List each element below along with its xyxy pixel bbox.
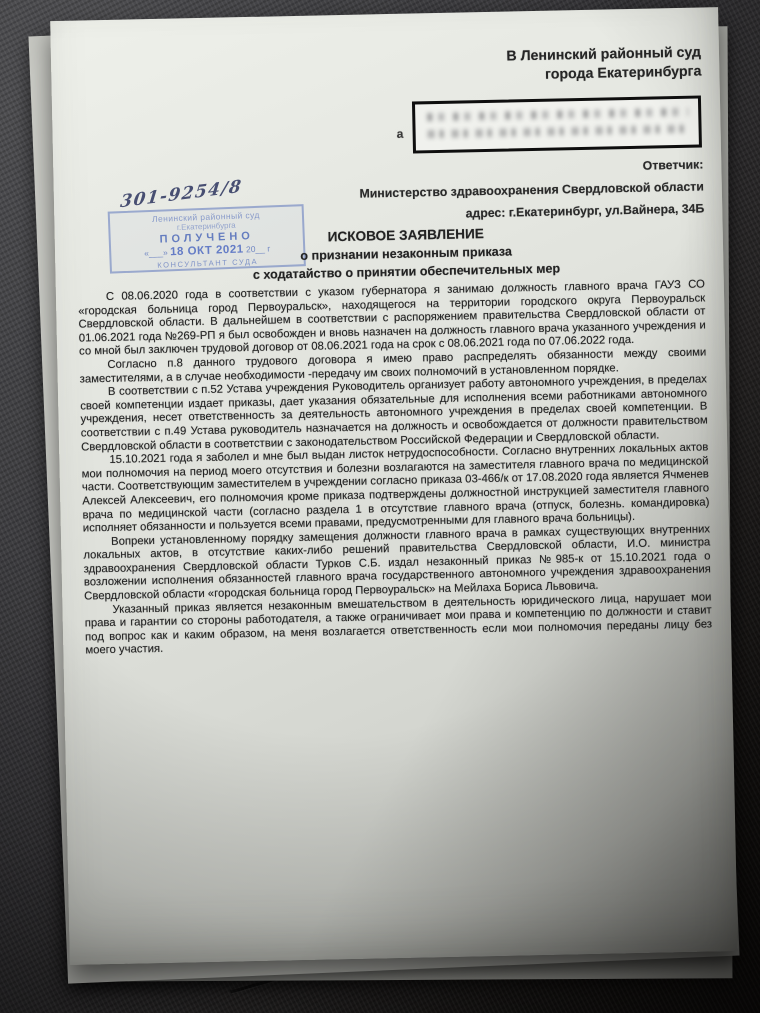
claim-paragraph: 15.10.2021 года я заболел и мне был выда… [81,442,710,537]
claim-paragraph: С 08.06.2020 года в соответствии с указо… [78,278,706,359]
defendant-block: Ответчик: Министерство здравоохранения С… [359,153,705,226]
redacted-text-line [428,125,689,138]
redacted-plaintiff-box [412,95,702,153]
court-address-block: В Ленинский районный суд города Екатерин… [506,43,701,85]
redacted-text-line [427,108,688,121]
photo-scene: В Ленинский районный суд города Екатерин… [0,0,760,1013]
plaintiff-address-prefix: а [396,127,403,141]
claim-body: С 08.06.2020 года в соответствии с указо… [78,278,713,658]
document-page: В Ленинский районный суд города Екатерин… [50,7,738,965]
